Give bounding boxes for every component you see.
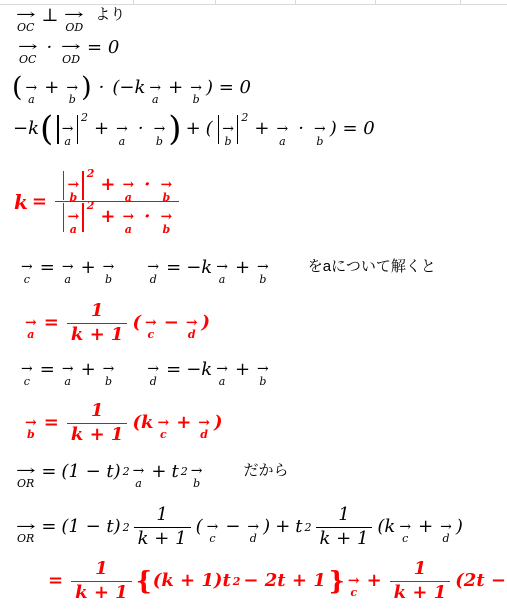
vector-a: →a (116, 124, 128, 147)
vector-letter: d (443, 533, 450, 545)
equals-zero: = 0 (87, 38, 119, 58)
vector-letter: d (150, 376, 157, 388)
vector-arrow-icon: → (18, 42, 38, 54)
vector-letter: d (200, 429, 208, 441)
open-paren: ( (40, 114, 53, 145)
open-paren-k: (k (377, 517, 395, 537)
close-paren: ) (214, 413, 223, 433)
equation-line-7: →a = 1 k + 1 ( →c − →d ) (22, 300, 211, 346)
vector-letter: b (156, 136, 163, 148)
vector-letter: a (119, 136, 126, 148)
vector-a: →a (149, 83, 161, 106)
vector-letter: c (209, 533, 215, 545)
fraction-denominator: k + 1 (390, 581, 451, 605)
vector-b: →b (314, 124, 326, 147)
open-paren: ( (132, 313, 141, 333)
vector-arrow-icon: → (67, 212, 79, 224)
fraction: 1 k + 1 (390, 558, 451, 604)
vector-arrow-icon: → (160, 180, 172, 192)
equals-sign: = (166, 360, 181, 380)
vector-letter: a (279, 136, 286, 148)
vector-b: →b (103, 364, 115, 387)
poly-k-plus-1-t: (k + 1)t (153, 571, 231, 591)
vector-letter: b (193, 94, 200, 106)
open-paren: ( (196, 517, 203, 537)
vector-letter: a (219, 376, 226, 388)
fraction: 1 k + 1 (134, 504, 191, 550)
close-paren: ) (202, 313, 211, 333)
equation-line-9: →b = 1 k + 1 (k →c + →d ) (22, 400, 224, 446)
vector-letter: a (64, 376, 71, 388)
vector-letter: a (135, 478, 142, 490)
equals-sign: = (32, 192, 47, 212)
equation-line-10: →OR = (1 − t) 2 →a + t 2 →b だから (14, 460, 288, 483)
gridline-vertical (375, 0, 376, 5)
fraction: 1 k + 1 (67, 400, 128, 446)
vector-letter: OC (19, 54, 36, 66)
vector-letter: c (148, 329, 155, 341)
vector-arrow-icon: → (122, 180, 134, 192)
vector-letter: OD (65, 22, 83, 34)
fraction-numerator: →b2 + →a · →b (55, 170, 179, 201)
vector-OR: →OR (17, 522, 34, 545)
japanese-yori: より (95, 7, 125, 24)
fraction-numerator: 1 (91, 558, 112, 581)
vector-arrow-icon: → (116, 124, 128, 136)
plus-operator: + (418, 517, 433, 537)
vector-d: →d (247, 522, 259, 545)
superscript-2: 2 (87, 168, 95, 179)
plus-operator: + (94, 119, 109, 139)
vector-b: →b (191, 466, 203, 489)
vector-arrow-icon: → (16, 522, 36, 534)
gridline-vertical (215, 0, 216, 5)
vector-arrow-icon: → (62, 124, 74, 136)
vector-letter: b (259, 274, 266, 286)
superscript-2: 2 (81, 112, 88, 123)
vector-arrow-icon: → (16, 466, 36, 478)
vector-letter: a (125, 192, 132, 204)
vector-letter: a (125, 224, 132, 236)
close-paren: ) (456, 517, 463, 537)
one-minus-t: (1 − t) (61, 517, 120, 537)
abs-b-squared: →b2 (216, 115, 249, 144)
vector-letter: b (105, 274, 112, 286)
vector-a: →a (133, 466, 145, 489)
vector-letter: a (70, 224, 77, 236)
vector-c: →c (21, 262, 33, 285)
plus-operator: + (254, 119, 269, 139)
abs-bar (57, 115, 59, 144)
two-t-minus-1: (2t − 1) (455, 571, 507, 591)
vector-OC: →OC (17, 10, 34, 33)
equation-line-8: →c = →a + →b →d = −k →a + →b (18, 358, 272, 381)
close-paren: ) (81, 76, 92, 100)
fraction-denominator: k + 1 (67, 323, 128, 347)
fraction-denominator: k + 1 (67, 423, 128, 447)
vector-letter: a (219, 274, 226, 286)
minus-k: −k (186, 258, 212, 278)
fraction: →b2 + →a · →b →a2 + →a · →b (55, 170, 179, 233)
poly-tail: − 2t + 1 (243, 571, 325, 591)
vector-c: →c (21, 364, 33, 387)
open-paren-k: (k (132, 413, 153, 433)
superscript-2: 2 (123, 466, 130, 477)
vector-b: →b (66, 83, 78, 106)
fraction-denominator: →a2 + →a · →b (55, 201, 179, 233)
abs-bar (82, 203, 84, 232)
equals-sign: = (40, 360, 55, 380)
vector-letter: OC (17, 22, 34, 34)
vector-d: →d (147, 364, 159, 387)
vector-letter: OD (62, 54, 80, 66)
minus-operator: − (225, 517, 240, 537)
close-brace: } (329, 570, 345, 593)
vector-letter: b (69, 192, 77, 204)
vector-letter: b (27, 429, 35, 441)
vector-letter: b (69, 94, 76, 106)
equals-sign: = (40, 258, 55, 278)
vector-b: →b (154, 124, 166, 147)
vector-letter: c (160, 429, 167, 441)
vector-c: →c (157, 418, 169, 441)
vector-letter: a (64, 274, 71, 286)
vector-OD: →OD (65, 10, 83, 33)
superscript-2: 2 (181, 466, 188, 477)
vector-letter: c (24, 376, 30, 388)
close-paren-equals-zero: ) = 0 (330, 119, 375, 139)
equation-line-1: →OC ⊥ →OD より (14, 4, 125, 27)
vector-letter: a (152, 94, 159, 106)
vector-letter: b (259, 376, 266, 388)
close-paren-equals-zero: ) = 0 (206, 78, 251, 98)
vector-arrow-icon: → (160, 212, 172, 224)
minus-operator: − (164, 313, 179, 333)
gridline-vertical (460, 0, 461, 5)
open-paren-minus-k: (−k (112, 78, 145, 98)
superscript-2: 2 (233, 576, 241, 587)
variable-t: t (172, 462, 179, 482)
vector-arrow-icon: → (277, 124, 289, 136)
fraction: 1 k + 1 (67, 300, 128, 346)
vector-a: →a (216, 364, 228, 387)
one-minus-t: (1 − t) (61, 462, 120, 482)
abs-bar (63, 203, 65, 232)
fraction-denominator: k + 1 (71, 581, 132, 605)
vector-letter: b (225, 136, 232, 148)
fraction-numerator: 1 (87, 400, 108, 423)
equation-line-4: −k ( →a2 + →a · →b ) + ( →b2 + →a · →b )… (12, 114, 376, 145)
superscript-2: 2 (241, 112, 248, 123)
vector-a: →a (122, 212, 134, 235)
vector-a: →a (25, 318, 37, 341)
equation-line-2: →OC · →OD = 0 (16, 36, 123, 59)
vector-b: →b (103, 262, 115, 285)
vector-arrow-icon: → (222, 124, 234, 136)
plus-operator: + (168, 78, 183, 98)
vector-letter: a (28, 94, 35, 106)
perpendicular-symbol: ⊥ (41, 6, 58, 26)
japanese-solve-for-a: をaについて解くと (308, 259, 436, 276)
vector-a: →a (122, 180, 134, 203)
equals-sign: = (48, 571, 63, 591)
vector-arrow-icon: → (314, 124, 326, 136)
vector-letter: b (162, 224, 170, 236)
equation-line-5: k = →b2 + →a · →b →a2 + →a · →b (14, 170, 183, 233)
vector-c: →c (348, 576, 360, 599)
superscript-2: 2 (123, 522, 130, 533)
plus-operator: + (151, 462, 166, 482)
equation-line-6: →c = →a + →b →d = −k →a + →b をaについて解くと (18, 256, 436, 279)
vector-b: →b (160, 180, 172, 203)
dot-operator: · (138, 119, 144, 139)
vector-letter: b (316, 136, 323, 148)
superscript-2: 2 (87, 200, 95, 211)
vector: →b (222, 124, 234, 147)
close-paren: ) (168, 114, 181, 145)
vector: →a (62, 124, 74, 147)
vector-d: →d (186, 318, 198, 341)
vector-letter: c (350, 587, 357, 599)
vector-d: →d (198, 418, 210, 441)
vector-arrow-icon: → (61, 42, 81, 54)
vector-letter: OR (17, 533, 34, 545)
fraction-numerator: 1 (410, 558, 431, 581)
abs-a-squared: →a2 (55, 115, 88, 144)
fraction-denominator: k + 1 (134, 527, 191, 551)
vector-arrow-icon: → (154, 124, 166, 136)
vector: →a (67, 212, 79, 235)
fraction-denominator: k + 1 (316, 527, 373, 551)
vector-letter: b (193, 478, 200, 490)
abs-bar (82, 171, 84, 200)
vector-a: →a (216, 262, 228, 285)
equation-line-3: ( →a + →b ) · (−k →a + →b ) = 0 (12, 76, 252, 100)
variable-t: t (295, 517, 302, 537)
vector-b: →b (160, 212, 172, 235)
equation-line-11: →OR = (1 − t) 2 1 k + 1 ( →c − →d ) + t … (14, 504, 464, 550)
gridline-vertical (295, 0, 296, 5)
equals-sign: = (166, 258, 181, 278)
vector-b: →b (257, 262, 269, 285)
vector-c: →c (399, 522, 411, 545)
dot-operator: · (298, 119, 304, 139)
close-paren: ) (263, 517, 270, 537)
vector-a: →a (62, 364, 74, 387)
fraction-numerator: 1 (334, 504, 353, 527)
plus-operator: + (367, 571, 382, 591)
abs-bar (237, 115, 239, 144)
vector-b: →b (25, 418, 37, 441)
vector-letter: c (24, 274, 30, 286)
vector-arrow-icon: → (64, 10, 84, 22)
fraction-numerator: 1 (152, 504, 171, 527)
plus-operator: + (100, 207, 115, 228)
plus-operator: + (100, 175, 115, 196)
variable-k: k (14, 191, 28, 213)
vector-OR: →OR (17, 466, 34, 489)
abs-bar (63, 171, 65, 200)
fraction: 1 k + 1 (316, 504, 373, 550)
math-notes-document: { "colors":{"background":"#ffffff","math… (0, 0, 507, 614)
equals-sign: = (44, 413, 59, 433)
vector-letter: b (105, 376, 112, 388)
dot-operator: · (99, 78, 105, 98)
vector-b: →b (257, 364, 269, 387)
vector-letter: d (188, 329, 196, 341)
vector-letter: a (27, 329, 34, 341)
vector-a: →a (26, 83, 38, 106)
vector-c: →c (207, 522, 219, 545)
plus-operator: + (275, 517, 290, 537)
plus-operator: + (235, 258, 250, 278)
vector: →b (67, 180, 79, 203)
fraction-numerator: 1 (87, 300, 108, 323)
vector-d: →d (440, 522, 452, 545)
fraction: 1 k + 1 (71, 558, 132, 604)
gridline-vertical (133, 0, 134, 5)
equation-line-12: = 1 k + 1 { (k + 1)t 2 − 2t + 1 } →c + 1… (44, 558, 507, 604)
plus-operator: + (176, 413, 191, 433)
japanese-dakara: だから (243, 463, 288, 480)
abs-bar (218, 115, 220, 144)
abs-bar (77, 115, 79, 144)
vector-c: →c (145, 318, 157, 341)
abs-b-squared: →b2 (61, 171, 94, 200)
plus-operator: + (186, 119, 201, 139)
plus-operator: + (81, 360, 96, 380)
equals-sign: = (41, 517, 56, 537)
vector-arrow-icon: → (122, 212, 134, 224)
plus-operator: + (44, 78, 59, 98)
vector-letter: OR (17, 478, 34, 490)
equals-sign: = (41, 462, 56, 482)
abs-a-squared: →a2 (61, 203, 94, 232)
superscript-2: 2 (305, 522, 312, 533)
vector-letter: b (162, 192, 170, 204)
vector-arrow-icon: → (16, 10, 36, 22)
vector-a: →a (277, 124, 289, 147)
plus-operator: + (235, 360, 250, 380)
vector-letter: a (64, 136, 71, 148)
vector-b: →b (190, 83, 202, 106)
vector-OC: →OC (19, 42, 36, 65)
dot-operator: · (144, 175, 150, 196)
minus-k: −k (186, 360, 212, 380)
vector-arrow-icon: → (67, 180, 79, 192)
open-paren: ( (12, 76, 23, 100)
vector-OD: →OD (62, 42, 80, 65)
plus-operator: + (81, 258, 96, 278)
open-paren: ( (206, 119, 213, 139)
dot-operator: · (46, 38, 52, 58)
minus-k: −k (13, 119, 39, 139)
vector-letter: d (250, 533, 257, 545)
vector-a: →a (62, 262, 74, 285)
vector-letter: d (150, 274, 157, 286)
vector-letter: c (402, 533, 408, 545)
open-brace: { (136, 570, 152, 593)
equals-sign: = (44, 313, 59, 333)
dot-operator: · (144, 207, 150, 228)
vector-d: →d (147, 262, 159, 285)
